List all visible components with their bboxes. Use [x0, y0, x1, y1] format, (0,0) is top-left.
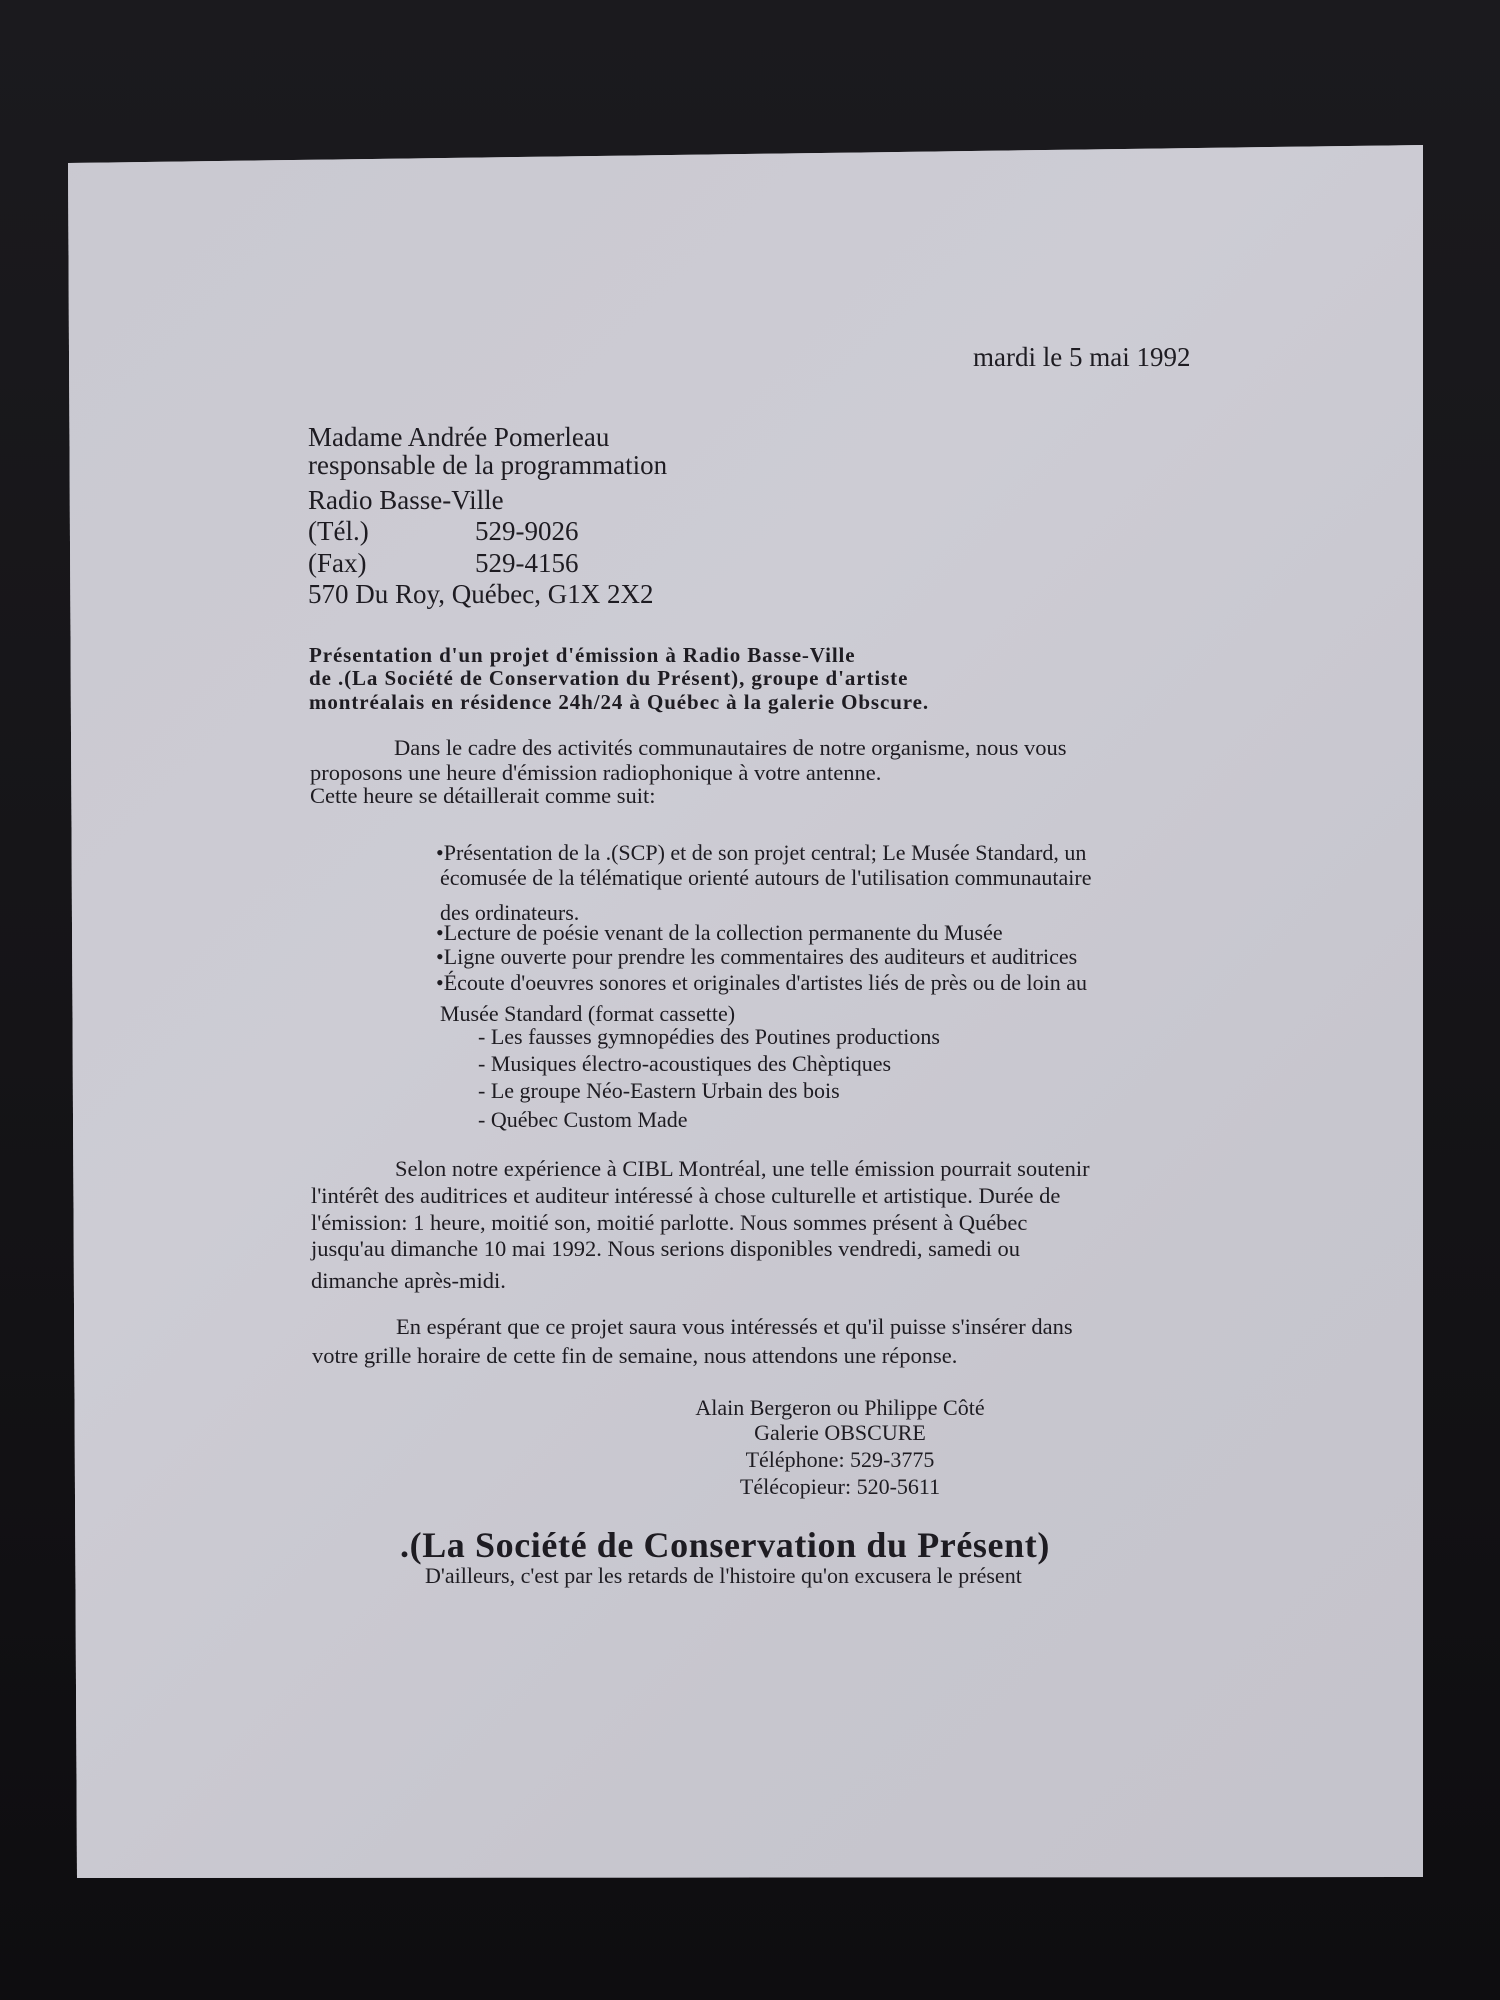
signature-names: Alain Bergeron ou Philippe Côté — [630, 1397, 1050, 1419]
paragraph3-line-1: En espérant que ce projet saura vous int… — [396, 1316, 1073, 1339]
bullet-2: •Lecture de poésie venant de la collecti… — [436, 922, 1003, 944]
signature-phone: Téléphone: 529-3775 — [630, 1449, 1050, 1471]
fax-value: 529-4156 — [475, 550, 579, 577]
paragraph2-line-4: jusqu'au dimanche 10 mai 1992. Nous seri… — [311, 1238, 1020, 1261]
tel-label: (Tél.) — [308, 516, 369, 546]
subject-line-1: Présentation d'un projet d'émission à Ra… — [309, 645, 856, 666]
recipient-address: 570 Du Roy, Québec, G1X 2X2 — [308, 581, 653, 608]
signature-fax: Télécopieur: 520-5611 — [630, 1476, 1050, 1498]
letter-date: mardi le 5 mai 1992 — [973, 344, 1190, 371]
recipient-role: responsable de la programmation — [308, 452, 667, 479]
bullet-4-line-2: Musée Standard (format cassette) — [440, 1003, 735, 1025]
recipient-name: Madame Andrée Pomerleau — [308, 424, 609, 451]
bullet-4-line-1: •Écoute d'oeuvres sonores et originales … — [436, 972, 1087, 994]
recipient-tel: (Tél.) 529-9026 — [308, 518, 369, 545]
tel-value: 529-9026 — [475, 518, 579, 545]
footer-society-title: .(La Société de Conservation du Présent) — [400, 1527, 1050, 1563]
subject-line-3: montréalais en résidence 24h/24 à Québec… — [309, 692, 929, 713]
sub-item-3: - Le groupe Néo-Eastern Urbain des bois — [478, 1080, 840, 1102]
paragraph2-line-1: Selon notre expérience à CIBL Montréal, … — [395, 1158, 1090, 1181]
bullet-1-line-1: •Présentation de la .(SCP) et de son pro… — [436, 842, 1086, 864]
paragraph2-line-2: l'intérêt des auditrices et auditeur int… — [311, 1185, 1060, 1208]
bullet-3: •Ligne ouverte pour prendre les commenta… — [436, 946, 1077, 968]
sub-item-2: - Musiques électro-acoustiques des Chèpt… — [478, 1053, 891, 1075]
paragraph2-line-3: l'émission: 1 heure, moitié son, moitié … — [311, 1212, 1027, 1235]
signature-gallery: Galerie OBSCURE — [630, 1422, 1050, 1444]
letter-page — [0, 0, 1500, 2000]
sub-item-1: - Les fausses gymnopédies des Poutines p… — [478, 1026, 940, 1048]
bullet-1-line-2: écomusée de la télématique orienté autou… — [440, 867, 1092, 889]
intro-line-1: Dans le cadre des activités communautair… — [394, 737, 1067, 760]
paragraph3-line-2: votre grille horaire de cette fin de sem… — [312, 1345, 957, 1368]
intro-line-3: Cette heure se détaillerait comme suit: — [310, 785, 656, 808]
fax-label: (Fax) — [308, 548, 366, 578]
recipient-fax: (Fax) 529-4156 — [308, 550, 366, 577]
intro-line-2: proposons une heure d'émission radiophon… — [310, 762, 881, 785]
sub-item-4: - Québec Custom Made — [478, 1109, 688, 1131]
paragraph2-line-5: dimanche après-midi. — [311, 1270, 506, 1293]
subject-line-2: de .(La Société de Conservation du Prése… — [309, 668, 908, 689]
footer-motto: D'ailleurs, c'est par les retards de l'h… — [425, 1565, 1022, 1587]
recipient-organization: Radio Basse-Ville — [308, 487, 504, 514]
